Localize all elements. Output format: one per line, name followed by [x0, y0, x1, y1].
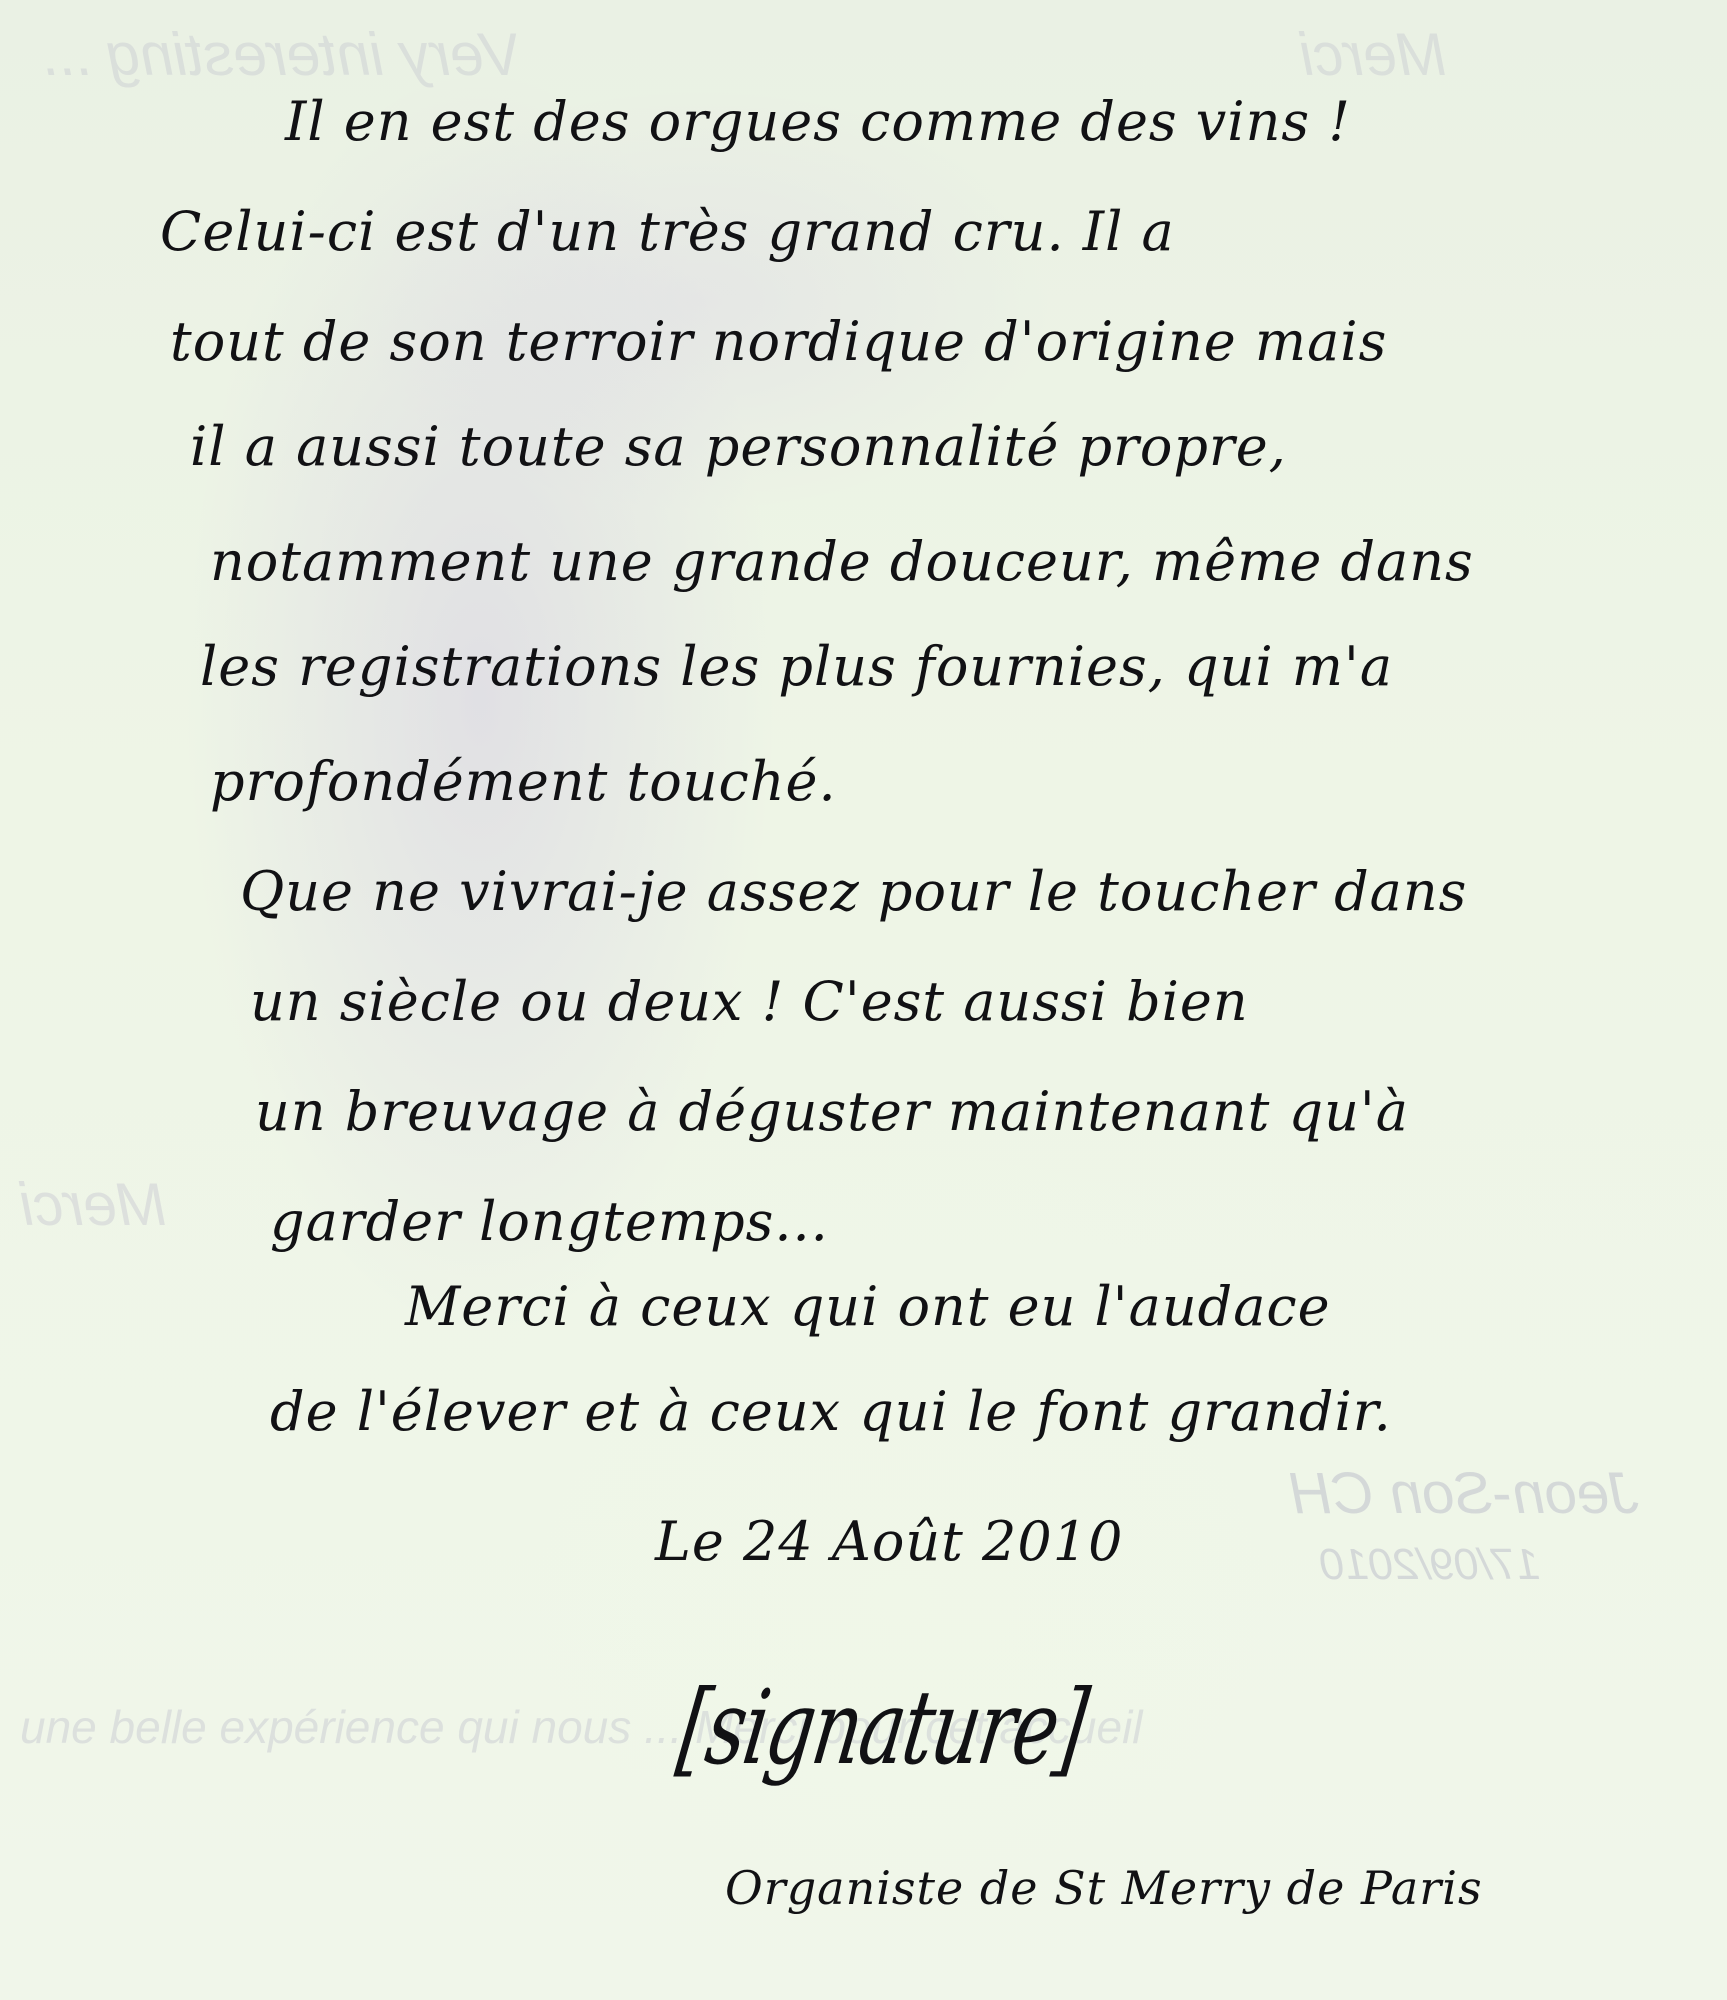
entry-line: garder longtemps...	[270, 1195, 829, 1249]
entry-line: profondément touché.	[210, 755, 837, 809]
signer-title: Organiste de St Merry de Paris	[725, 1865, 1483, 1911]
signature: [signature]	[673, 1677, 1092, 1780]
entry-line: Celui-ci est d'un très grand cru. Il a	[160, 205, 1175, 259]
entry-date: Le 24 Août 2010	[655, 1515, 1123, 1569]
entry-line: il a aussi toute sa personnalité propre,	[190, 420, 1287, 474]
entry-line: Que ne vivrai-je assez pour le toucher d…	[240, 865, 1467, 919]
entry-line: Merci à ceux qui ont eu l'audace	[405, 1280, 1331, 1334]
entry-line: un siècle ou deux ! C'est aussi bien	[250, 975, 1249, 1029]
entry-line: tout de son terroir nordique d'origine m…	[170, 315, 1387, 369]
entry-line: les registrations les plus fournies, qui…	[200, 640, 1393, 694]
entry-line: Il en est des orgues comme des vins !	[285, 95, 1351, 149]
entry-line: de l'élever et à ceux qui le font grandi…	[270, 1385, 1392, 1439]
entry-line: notamment une grande douceur, même dans	[210, 535, 1474, 589]
entry-line: un breuvage à déguster maintenant qu'à	[255, 1085, 1409, 1139]
